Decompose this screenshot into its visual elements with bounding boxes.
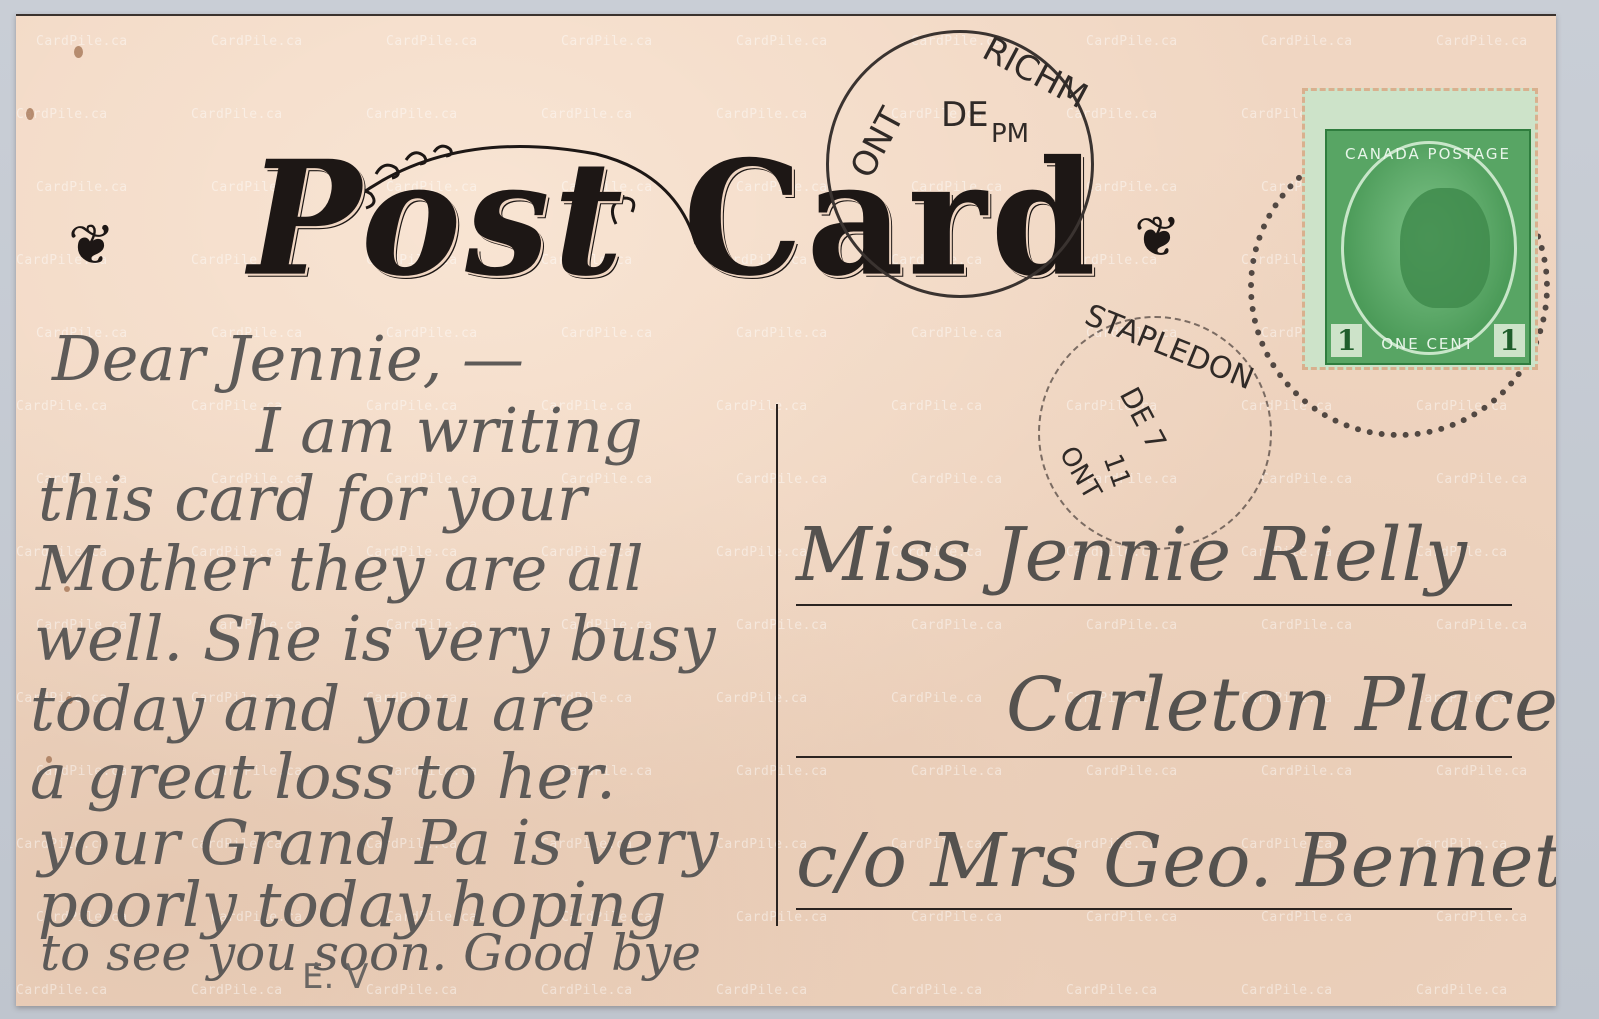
message-line: well. She is very busy xyxy=(34,608,716,670)
watermark-text: CardPile.ca xyxy=(386,34,478,49)
stamp-denomination-right: 1 xyxy=(1494,324,1525,357)
postmark-province: ONT xyxy=(843,101,913,184)
watermark-text: CardPile.ca xyxy=(1261,472,1353,487)
postcard: CardPile.caCardPile.caCardPile.caCardPil… xyxy=(16,14,1556,1006)
watermark-text: CardPile.ca xyxy=(1416,983,1508,998)
address-line-1 xyxy=(796,604,1512,606)
postage-stamp: CANADA POSTAGE ONE CENT 1 1 xyxy=(1302,88,1538,370)
watermark-text: CardPile.ca xyxy=(716,107,808,122)
watermark-text: CardPile.ca xyxy=(716,983,808,998)
message-line: today and you are xyxy=(30,678,595,740)
watermark-text: CardPile.ca xyxy=(366,107,458,122)
watermark-text: CardPile.ca xyxy=(1066,983,1158,998)
stamp-frame: CANADA POSTAGE ONE CENT 1 1 xyxy=(1325,129,1531,365)
watermark-text: CardPile.ca xyxy=(716,399,808,414)
watermark-text: CardPile.ca xyxy=(1241,983,1333,998)
watermark-text: CardPile.ca xyxy=(911,326,1003,341)
stamp-top-text: CANADA POSTAGE xyxy=(1327,145,1529,163)
watermark-text: CardPile.ca xyxy=(541,983,633,998)
watermark-text: CardPile.ca xyxy=(911,910,1003,925)
watermark-text: CardPile.ca xyxy=(1436,472,1528,487)
king-portrait-icon xyxy=(1400,188,1490,308)
watermark-text: CardPile.ca xyxy=(716,691,808,706)
watermark-text: CardPile.ca xyxy=(736,472,828,487)
watermark-text: CardPile.ca xyxy=(736,326,828,341)
center-divider xyxy=(776,404,778,926)
watermark-text: CardPile.ca xyxy=(1086,764,1178,779)
watermark-text: CardPile.ca xyxy=(736,910,828,925)
watermark-text: CardPile.ca xyxy=(736,618,828,633)
address-line-2 xyxy=(796,756,1512,758)
watermark-text: CardPile.ca xyxy=(716,545,808,560)
left-ornament-icon: ❦ xyxy=(68,218,115,274)
address-town: Carleton Place xyxy=(1006,668,1556,742)
watermark-text: CardPile.ca xyxy=(36,34,128,49)
watermark-text: CardPile.ca xyxy=(911,618,1003,633)
watermark-text: CardPile.ca xyxy=(1261,618,1353,633)
watermark-text: CardPile.ca xyxy=(191,983,283,998)
stain-spot xyxy=(74,46,83,58)
watermark-text: CardPile.ca xyxy=(911,764,1003,779)
watermark-text: CardPile.ca xyxy=(911,472,1003,487)
postmark-date: DE xyxy=(941,95,989,135)
watermark-text: CardPile.ca xyxy=(1436,618,1528,633)
address-recipient: Miss Jennie Rielly xyxy=(796,518,1467,592)
watermark-text: CardPile.ca xyxy=(1261,910,1353,925)
message-line: Dear Jennie, — xyxy=(52,328,524,390)
watermark-text: CardPile.ca xyxy=(36,180,128,195)
watermark-text: CardPile.ca xyxy=(1086,618,1178,633)
message-line: I am writing xyxy=(256,400,643,462)
watermark-text: CardPile.ca xyxy=(736,764,828,779)
postmark-date: DE 7 xyxy=(1113,382,1173,456)
watermark-text: CardPile.ca xyxy=(1086,34,1178,49)
postmark-province: ONT xyxy=(1053,441,1107,504)
stamp-portrait-oval xyxy=(1341,141,1517,355)
watermark-text: CardPile.ca xyxy=(561,34,653,49)
message-line: a great loss to her. xyxy=(30,746,616,808)
watermark-text: CardPile.ca xyxy=(1436,910,1528,925)
watermark-text: CardPile.ca xyxy=(541,107,633,122)
message-line: this card for your xyxy=(38,468,586,530)
watermark-text: CardPile.ca xyxy=(891,399,983,414)
watermark-text: CardPile.ca xyxy=(191,107,283,122)
watermark-text: CardPile.ca xyxy=(736,34,828,49)
watermark-text: CardPile.ca xyxy=(16,983,108,998)
address-line-3 xyxy=(796,908,1512,910)
message-line: to see you soon. Good bye xyxy=(40,928,701,978)
watermark-text: CardPile.ca xyxy=(1086,910,1178,925)
postmark-town: STAPLEDON xyxy=(1080,298,1259,397)
signature: E. V xyxy=(302,960,368,994)
message-line: Mother they are all xyxy=(36,538,644,600)
watermark-text: CardPile.ca xyxy=(16,399,108,414)
watermark-text: CardPile.ca xyxy=(1436,34,1528,49)
watermark-text: CardPile.ca xyxy=(891,983,983,998)
watermark-text: CardPile.ca xyxy=(891,691,983,706)
richmond-postmark: RICHM DE PM ONT xyxy=(826,30,1094,298)
watermark-text: CardPile.ca xyxy=(366,983,458,998)
stain-spot xyxy=(26,108,34,120)
watermark-text: CardPile.ca xyxy=(561,326,653,341)
stamp-denomination-left: 1 xyxy=(1331,324,1362,357)
address-care-of: c/o Mrs Geo. Bennett xyxy=(796,824,1556,898)
message-line: your Grand Pa is very xyxy=(38,812,718,874)
watermark-text: CardPile.ca xyxy=(1261,764,1353,779)
title-word-post: Post xyxy=(248,127,627,312)
watermark-text: CardPile.ca xyxy=(1436,764,1528,779)
postmark-ampm: PM xyxy=(991,119,1029,149)
postmark-town: RICHM xyxy=(976,29,1094,117)
watermark-text: CardPile.ca xyxy=(1261,34,1353,49)
watermark-text: CardPile.ca xyxy=(211,34,303,49)
watermark-text: CardPile.ca xyxy=(716,837,808,852)
